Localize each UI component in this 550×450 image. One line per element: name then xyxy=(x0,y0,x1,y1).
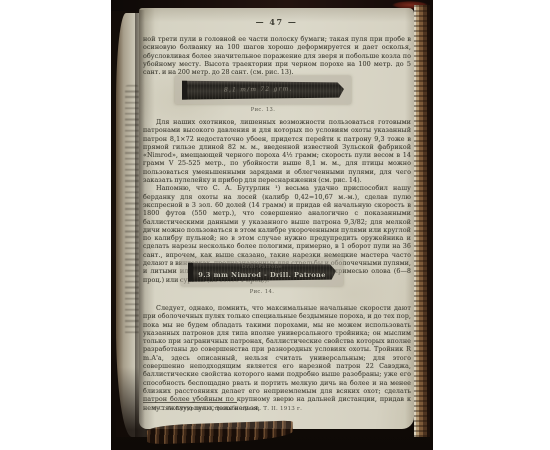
figure-14-caption: Рис. 14. xyxy=(181,289,343,295)
footnote-text: ¹) С. А. Бутурлин. Стрельба пулей. Т. II… xyxy=(152,406,390,412)
page-fore-edge xyxy=(414,5,430,437)
paragraph-1: ной трети пули в головной ее части полос… xyxy=(143,35,411,76)
cartridge-8mm-image: 8,1 m/m 72 grm. xyxy=(182,80,344,100)
paragraph-4: Следует, однако, помнить, что максимальн… xyxy=(143,304,411,412)
book: — 47 — ной трети пули в головной ее част… xyxy=(111,0,433,450)
cartridge-rim xyxy=(182,78,187,102)
footnote-rule xyxy=(143,402,237,403)
figure-13-halftone: 8,1 m/m 72 grm. xyxy=(175,76,351,104)
cartridge-inscription: 8,1 m/m 72 grm. xyxy=(224,85,293,93)
gutter-shadow xyxy=(135,10,145,440)
cartridge-nimrod-image: Drill-Patrone 9.3 mm Nimrod - Drill. Pat… xyxy=(188,262,336,282)
figure-14-halftone: Drill-Patrone 9.3 mm Nimrod - Drill. Pat… xyxy=(181,258,343,286)
cartridge-label: 9.3 mm Nimrod - Drill. Patrone xyxy=(188,271,336,279)
paragraph-2: Для наших охотников, лишенных возможност… xyxy=(143,118,411,184)
page-number: — 47 — xyxy=(139,17,414,27)
figure-13-caption: Рис. 13. xyxy=(175,107,351,113)
cartridge-faint-label: Drill-Patrone xyxy=(188,264,336,270)
figure-13: 8,1 m/m 72 grm. Рис. 13. xyxy=(175,76,351,113)
book-photo: — 47 — ной трети пули в головной ее част… xyxy=(0,0,550,450)
figure-14: Drill-Patrone 9.3 mm Nimrod - Drill. Pat… xyxy=(181,258,343,295)
book-page: — 47 — ной трети пули в головной ее част… xyxy=(139,8,414,429)
